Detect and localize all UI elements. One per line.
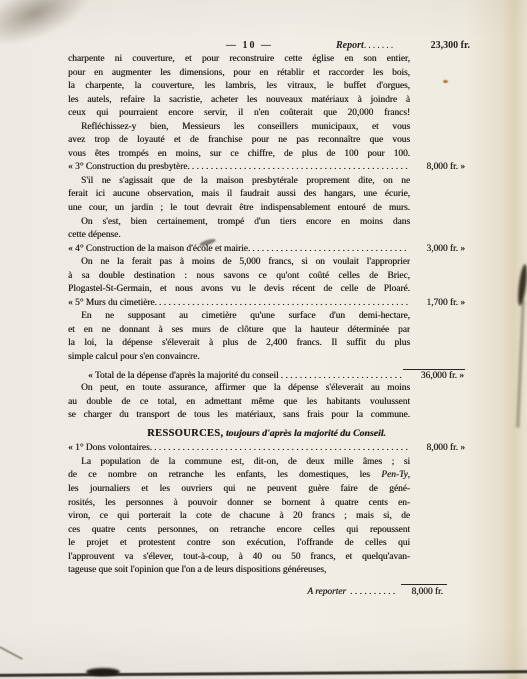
amount-value: 1,700 fr. » <box>409 297 465 311</box>
entry-label: « Total de la dépense d'après la majorit… <box>68 370 279 383</box>
text-line: La population de la commune est, dit-on,… <box>68 456 410 470</box>
entry-label: « 1° Dons volontaires. <box>68 442 152 456</box>
scan-scratch-bottom-left <box>0 646 23 660</box>
text-line: On s'est, bien certainement, trompé d'un… <box>68 216 410 230</box>
text-line: tageuse que soit l'opinion que l'on a de… <box>68 564 410 578</box>
amount-value: 3,000 fr. » <box>409 243 465 257</box>
text-line: S'il ne s'agissait que de la maison pres… <box>68 175 410 189</box>
page-number: — 10 — <box>226 40 273 51</box>
text-line: rosités, les personnes à pouvoir donner … <box>68 497 410 511</box>
text-line: cette dépense. <box>68 229 410 243</box>
leader-dots: ........................................… <box>250 243 409 257</box>
text-span: de ce nombre on retranche les enfants, l… <box>68 470 381 480</box>
text-span: Pen-Ty <box>381 470 407 480</box>
entry-label: « 4° Construction de la maison d'école e… <box>68 243 250 257</box>
page-bottom-edge-blob <box>86 668 120 676</box>
text-line: à sa double destination : nous savons ce… <box>68 270 410 284</box>
carry-forward-line: A reporter..........8,000 fr. <box>68 584 465 598</box>
text-line: Refléchissez-y bien, Messieurs les conse… <box>68 121 410 135</box>
text-line: avez trop de loyauté et de franchise pou… <box>68 134 410 148</box>
text-line: simple calcul pour s'en convaincre. <box>68 351 410 365</box>
text-line: ferait ici aucune observation, mais il f… <box>68 188 410 202</box>
text-line: et en ne donnant à ses murs de clôture q… <box>68 324 410 338</box>
carry-forward-amount: 8,000 fr. <box>401 584 447 600</box>
text-line: En ne supposant au cimetière qu'une surf… <box>68 310 410 324</box>
amount-value: 8,000 fr. » <box>409 161 465 175</box>
report-carried-forward: Report....... <box>336 40 395 51</box>
section-heading: RESSOURCES, toujours d'après la majorité… <box>68 427 465 441</box>
leader-dots: ........................................… <box>279 370 403 383</box>
text-line: ceux qui pourraient encore servir, il n'… <box>68 107 410 121</box>
report-amount: 23,300 fr. <box>431 40 470 51</box>
text-line: viron, ce qui porterait la cote de chacu… <box>68 510 410 524</box>
text-line: de ce nombre on retranche les enfants, l… <box>68 469 410 483</box>
carry-forward-dots: .......... <box>346 586 401 600</box>
text-line: la loi, la dépense s'éleverait à plus de… <box>68 337 410 351</box>
scan-streak-right-edge <box>516 300 525 428</box>
text-line: au double de ce total, en admettant même… <box>68 396 410 410</box>
text-line: les autels, refaire la sacristie, achete… <box>68 94 410 108</box>
text-span: , <box>408 470 410 480</box>
budget-entry: « 3° Construction du presbytère.........… <box>68 161 465 175</box>
leader-dots: ........................................… <box>152 442 409 456</box>
text-line: les journaliers et les ouvriers qui ne p… <box>68 483 410 497</box>
scanned-document-page: — 10 — Report....... 23,300 fr. charpent… <box>0 0 527 679</box>
carry-forward-label: A reporter <box>307 586 346 600</box>
amount-value: 36,000 fr. » <box>403 369 465 383</box>
text-line: se charger du transport de tous les maté… <box>68 409 410 423</box>
text-line: Plogastel-St-Germain, et nous avons vu l… <box>68 283 410 297</box>
text-line: l'approuvent va s'élever, tout-à-coup, à… <box>68 551 410 565</box>
text-line: On ne la ferait pas à moins de 5,000 fra… <box>68 256 410 270</box>
text-line: vous êtes trompés en moins, sur ce chiff… <box>68 148 410 162</box>
page-bottom-edge <box>0 670 527 676</box>
heading-span: toujours d'après la majorité du Conseil. <box>223 428 386 439</box>
heading-span: RESSOURCES, <box>147 428 223 439</box>
entry-label: « 3° Construction du presbytère. <box>68 161 190 175</box>
amount-value: 8,000 fr. » <box>409 442 465 456</box>
text-line: le projet et protestent contre son exécu… <box>68 537 410 551</box>
report-leader-dots: ....... <box>364 40 396 51</box>
text-line: On peut, en toute assurance, affirmer qu… <box>68 382 410 396</box>
entry-label: « 5° Murs du cimetière. <box>68 297 157 311</box>
body-lines: charpente ni couverture, et pour reconst… <box>68 53 465 597</box>
text-line: pour en augmenter les dimensions, pour e… <box>68 67 410 81</box>
leader-dots: ........................................… <box>190 161 409 175</box>
budget-total-entry: « Total de la dépense d'après la majorit… <box>68 369 465 383</box>
leader-dots: ........................................… <box>157 297 409 311</box>
text-line: la charpente, la couverture, les lambris… <box>68 80 410 94</box>
text-line: ces quatre cents personnes, on retranche… <box>68 524 410 538</box>
report-label: Report <box>336 40 364 51</box>
text-line: charpente ni couverture, et pour reconst… <box>68 53 410 67</box>
budget-entry: « 1° Dons volontaires...................… <box>68 442 465 456</box>
text-line: une cour, un jardin ; le tout devrait êt… <box>68 202 410 216</box>
budget-entry: « 4° Construction de la maison d'école e… <box>68 243 465 257</box>
budget-entry: « 5° Murs du cimetière..................… <box>68 297 465 311</box>
